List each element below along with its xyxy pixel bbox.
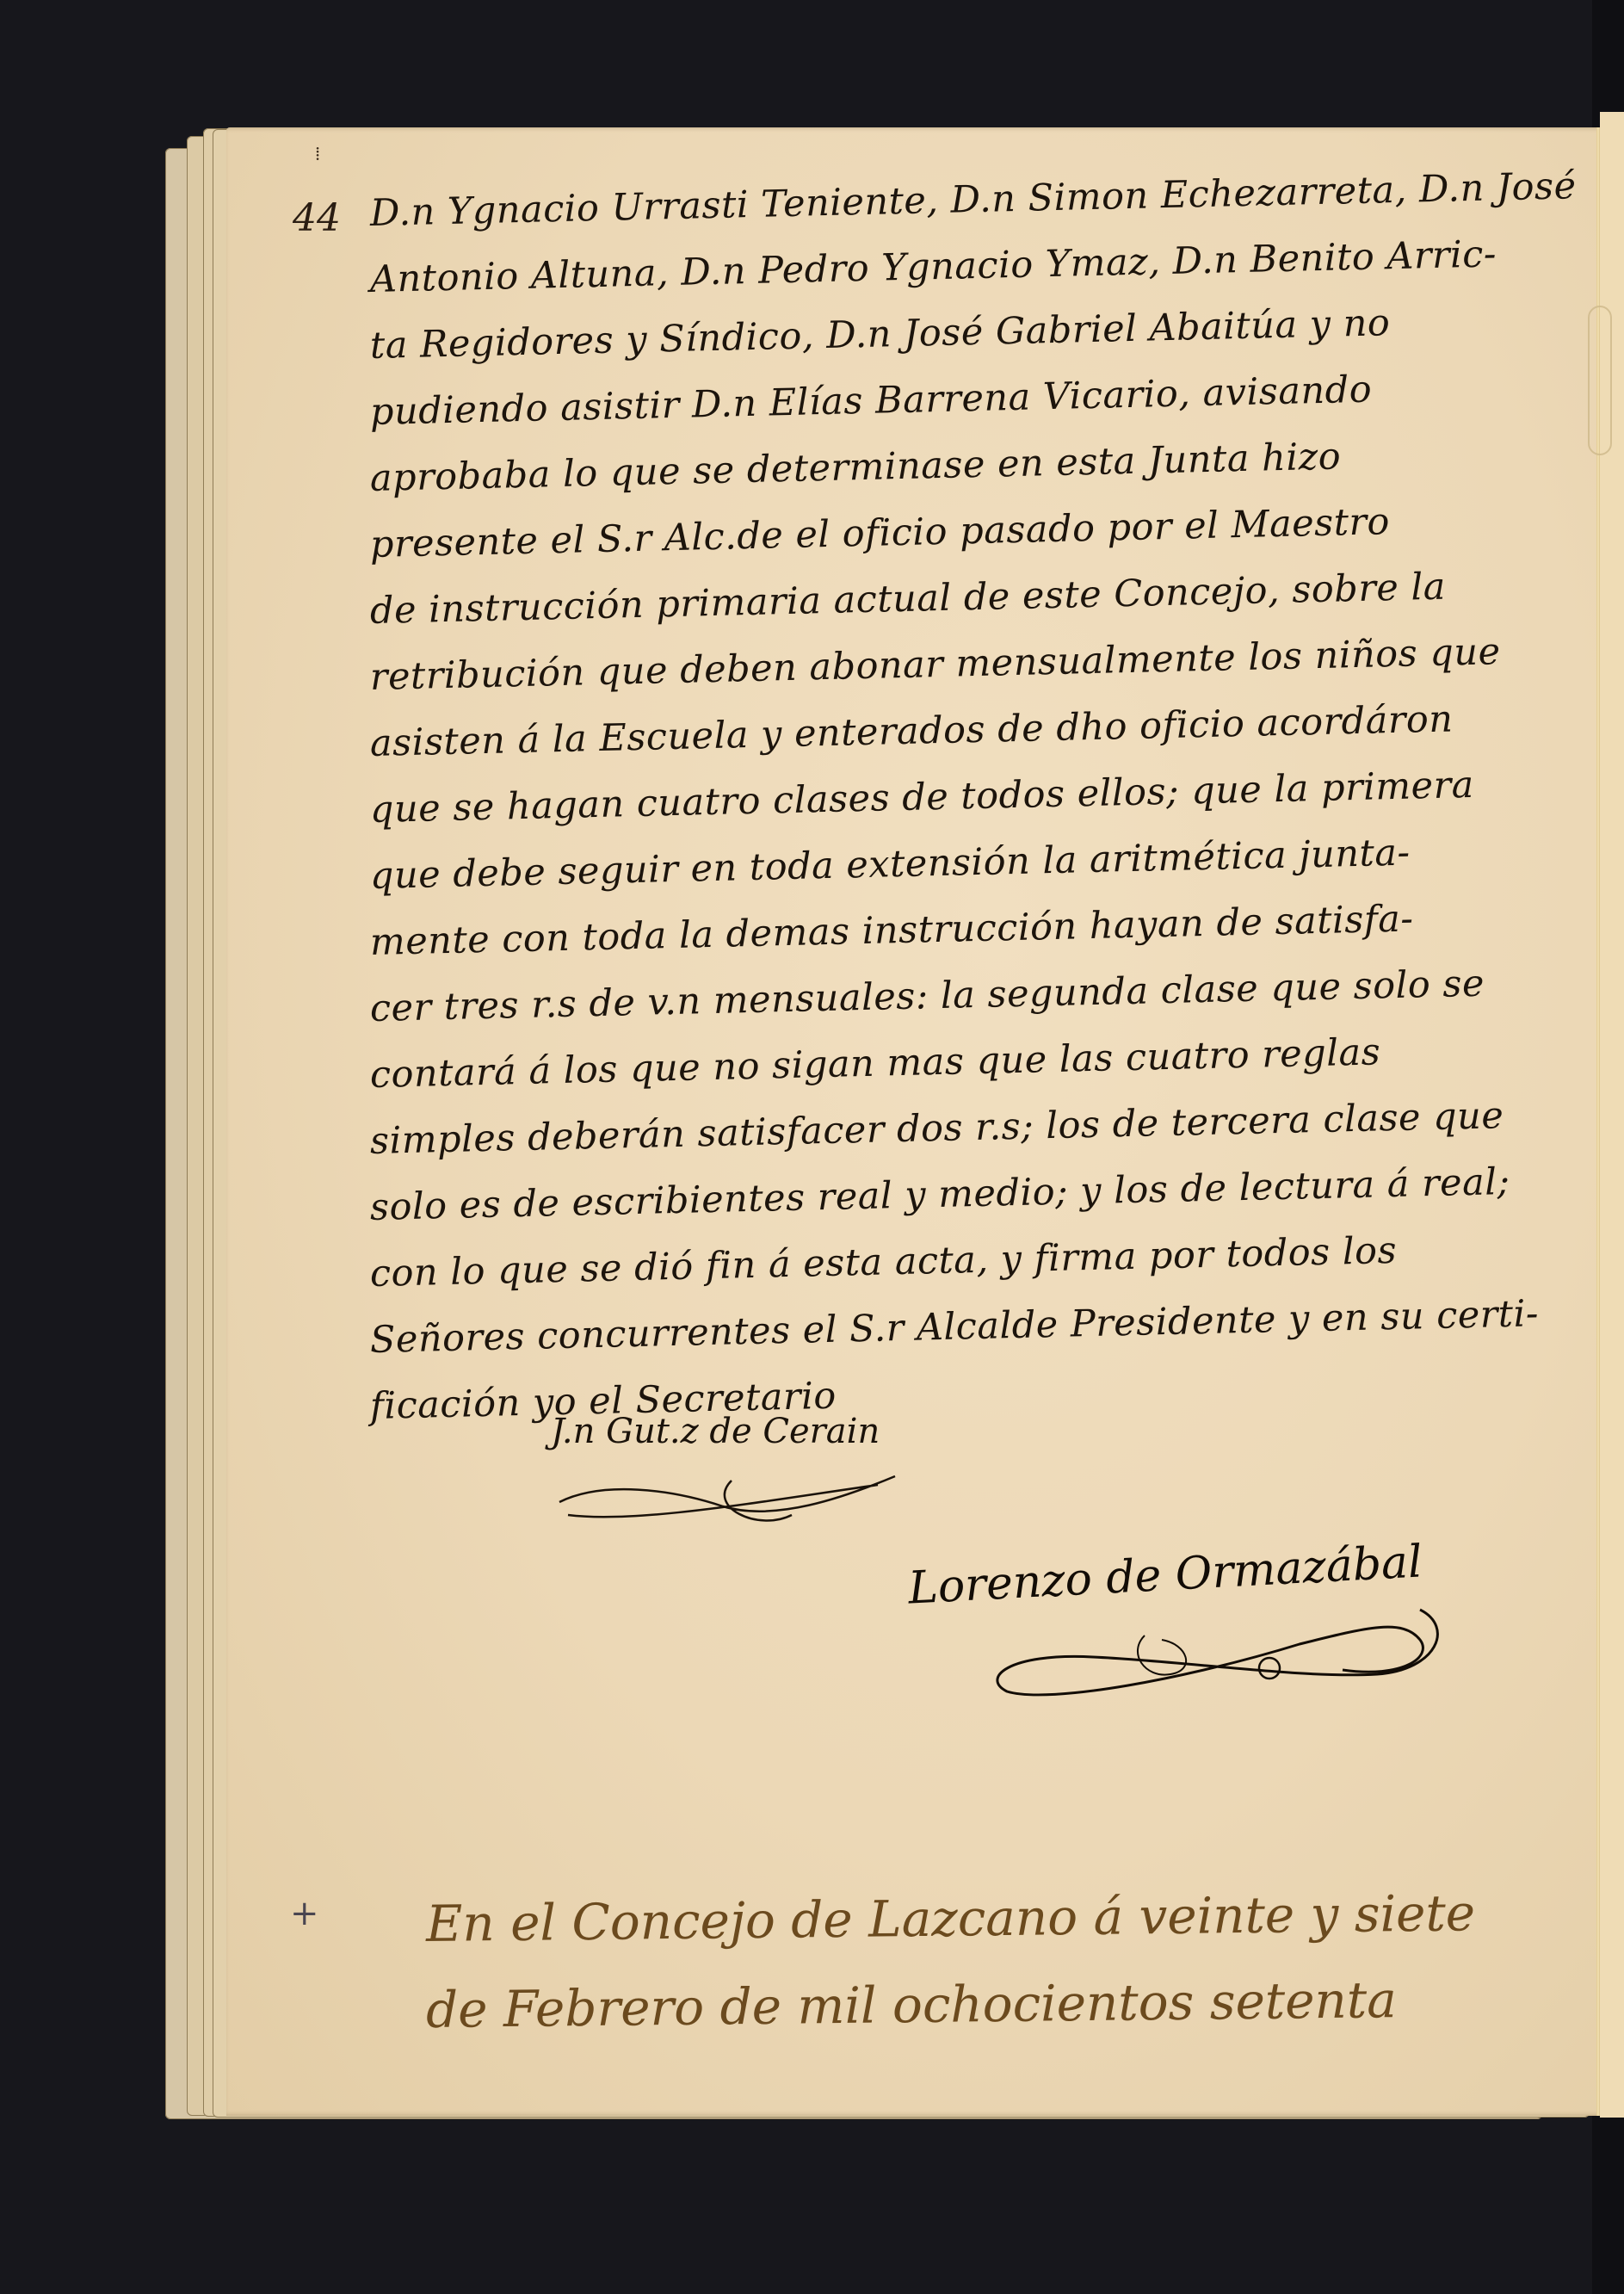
- secretary-signature: J.n Gut.z de Cerain: [551, 1412, 880, 1451]
- new-minutes-entry: En el Concejo de Lazcano á veinte y siet…: [426, 1881, 1502, 2053]
- text-line: de Febrero de mil ochocientos setenta: [425, 1956, 1502, 2053]
- minutes-text: D.n Ygnacio Urrasti Teniente, D.n Simon …: [370, 181, 1480, 1440]
- folio-number: 44: [293, 196, 341, 240]
- top-margin-mark: ⁞: [315, 143, 320, 165]
- text-line: En el Concejo de Lazcano á veinte y siet…: [425, 1870, 1502, 1967]
- binding-thread-icon: [1588, 306, 1612, 455]
- secretary-flourish-icon: [534, 1463, 912, 1532]
- margin-cross-mark: +: [290, 1894, 319, 1933]
- mayor-flourish-icon: [973, 1592, 1454, 1704]
